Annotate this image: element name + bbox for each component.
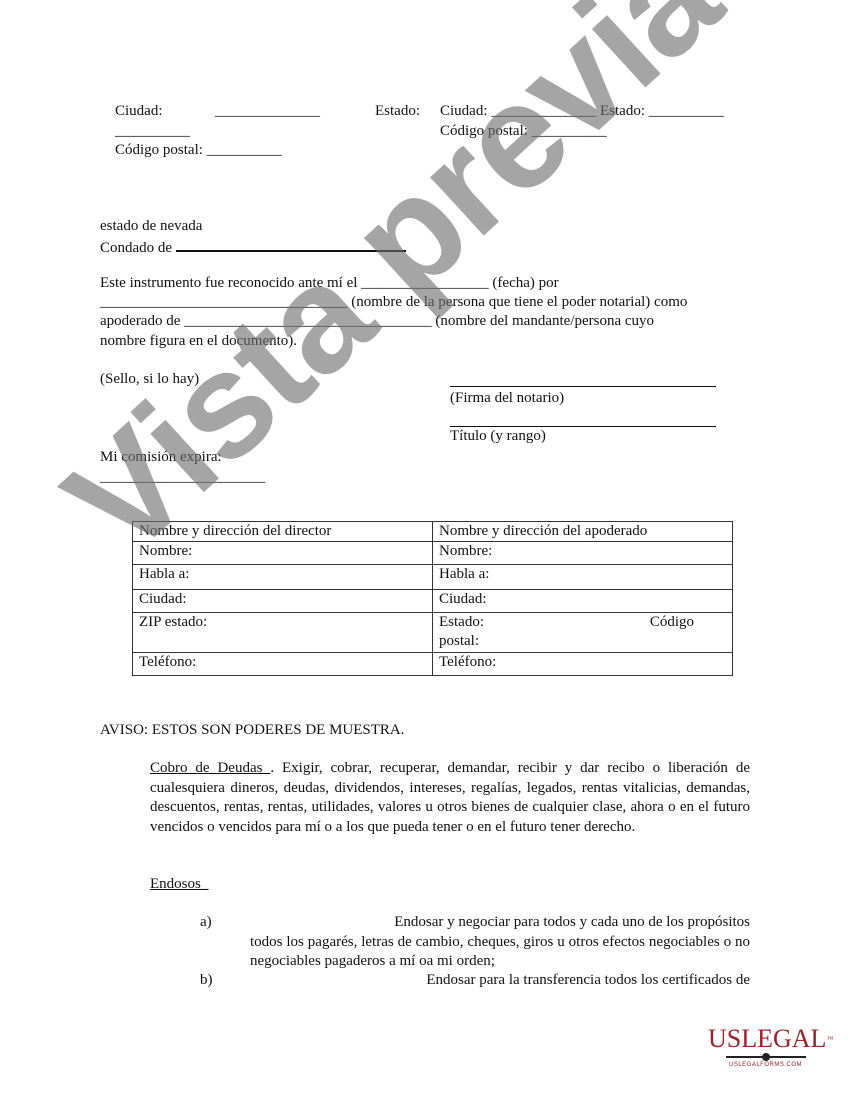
agent-state-zip-cell[interactable]: Estado:Código postal: [433, 613, 733, 653]
right-zip-field: Código postal: __________ [440, 122, 607, 141]
agent-city-cell[interactable]: Ciudad: [433, 590, 733, 613]
item-b-marker: b) [200, 971, 213, 990]
right-zip-blank[interactable]: __________ [532, 123, 607, 139]
debt-collection-paragraph: Cobro de Deudas . Exigir, cobrar, recupe… [150, 759, 750, 837]
right-state-blank[interactable]: __________ [649, 103, 724, 119]
uslegal-logo[interactable]: USLEGAL™ USLEGALFORMS.COM [708, 1026, 823, 1068]
eagle-wings-icon [726, 1053, 806, 1061]
right-zip-label: Código postal: [440, 123, 528, 139]
logo-site: USLEGALFORMS.COM [708, 1062, 823, 1068]
ack-line-1: Este instrumento fue reconocido ante mí … [100, 274, 559, 293]
logo-brand: USLEGAL™ [708, 1026, 823, 1052]
table-row: ZIP estado: Estado:Código postal: [133, 613, 733, 653]
debt-collection-title: Cobro de Deudas [150, 760, 270, 776]
county-label: Condado de [100, 240, 172, 256]
left-zip-label: Código postal: [115, 142, 203, 158]
ack-line-2: _________________________________ (nombr… [100, 293, 687, 312]
table-row: Habla a: Habla a: [133, 565, 733, 590]
principal-address-cell[interactable]: Habla a: [133, 565, 433, 590]
state-line: estado de nevada [100, 217, 202, 236]
left-city-label: Ciudad: [115, 102, 163, 121]
title-label: Título (y rango) [450, 427, 546, 446]
ack-line-4: nombre figura en el documento). [100, 332, 297, 351]
left-zip-field: Código postal: __________ [115, 141, 282, 160]
county-field: Condado de [100, 236, 406, 258]
item-a-text: Endosar y negociar para todos y cada uno… [250, 913, 750, 972]
principal-phone-cell[interactable]: Teléfono: [133, 653, 433, 676]
agent-phone-cell[interactable]: Teléfono: [433, 653, 733, 676]
commission-blank[interactable]: ______________________ [100, 468, 265, 487]
ack-line-3: apoderado de ___________________________… [100, 312, 654, 331]
table-header-row: Nombre y dirección del director Nombre y… [133, 522, 733, 542]
left-state-label: Estado: [375, 102, 420, 121]
principal-city-cell[interactable]: Ciudad: [133, 590, 433, 613]
item-a-rest: todos los pagarés, letras de cambio, che… [250, 933, 750, 972]
principal-agent-table: Nombre y dirección del director Nombre y… [132, 521, 733, 676]
item-b-text: Endosar para la transferencia todos los … [250, 971, 750, 991]
left-zip-blank[interactable]: __________ [207, 142, 282, 158]
table-row: Ciudad: Ciudad: [133, 590, 733, 613]
notice-heading: AVISO: ESTOS SON PODERES DE MUESTRA. [100, 721, 405, 740]
left-state-blank[interactable]: __________ [115, 122, 190, 141]
header-principal: Nombre y dirección del director [133, 522, 433, 542]
right-city-label: Ciudad: [440, 103, 488, 119]
agent-name-cell[interactable]: Nombre: [433, 542, 733, 565]
endorsements-title: Endosos_ [150, 875, 208, 894]
item-b-lead: Endosar para la transferencia todos los … [250, 971, 750, 991]
item-a-marker: a) [200, 913, 212, 932]
notary-signature-line[interactable] [450, 368, 716, 387]
right-city-state-line: Ciudad: ______________ Estado: _________… [440, 102, 724, 121]
agent-address-cell[interactable]: Habla a: [433, 565, 733, 590]
right-state-label: Estado: [600, 103, 645, 119]
left-city-blank[interactable]: ______________ [215, 102, 320, 121]
table-row: Nombre: Nombre: [133, 542, 733, 565]
principal-name-cell[interactable]: Nombre: [133, 542, 433, 565]
notary-signature-label: (Firma del notario) [450, 389, 564, 408]
title-line[interactable] [450, 408, 716, 427]
seal-label: (Sello, si lo hay) [100, 370, 199, 389]
item-a-lead: Endosar y negociar para todos y cada uno… [250, 913, 750, 933]
commission-label: Mi comisión expira: [100, 448, 222, 467]
county-blank[interactable] [176, 236, 406, 252]
table-row: Teléfono: Teléfono: [133, 653, 733, 676]
header-agent: Nombre y dirección del apoderado [433, 522, 733, 542]
principal-zip-state-cell[interactable]: ZIP estado: [133, 613, 433, 653]
right-city-blank[interactable]: ______________ [491, 103, 596, 119]
